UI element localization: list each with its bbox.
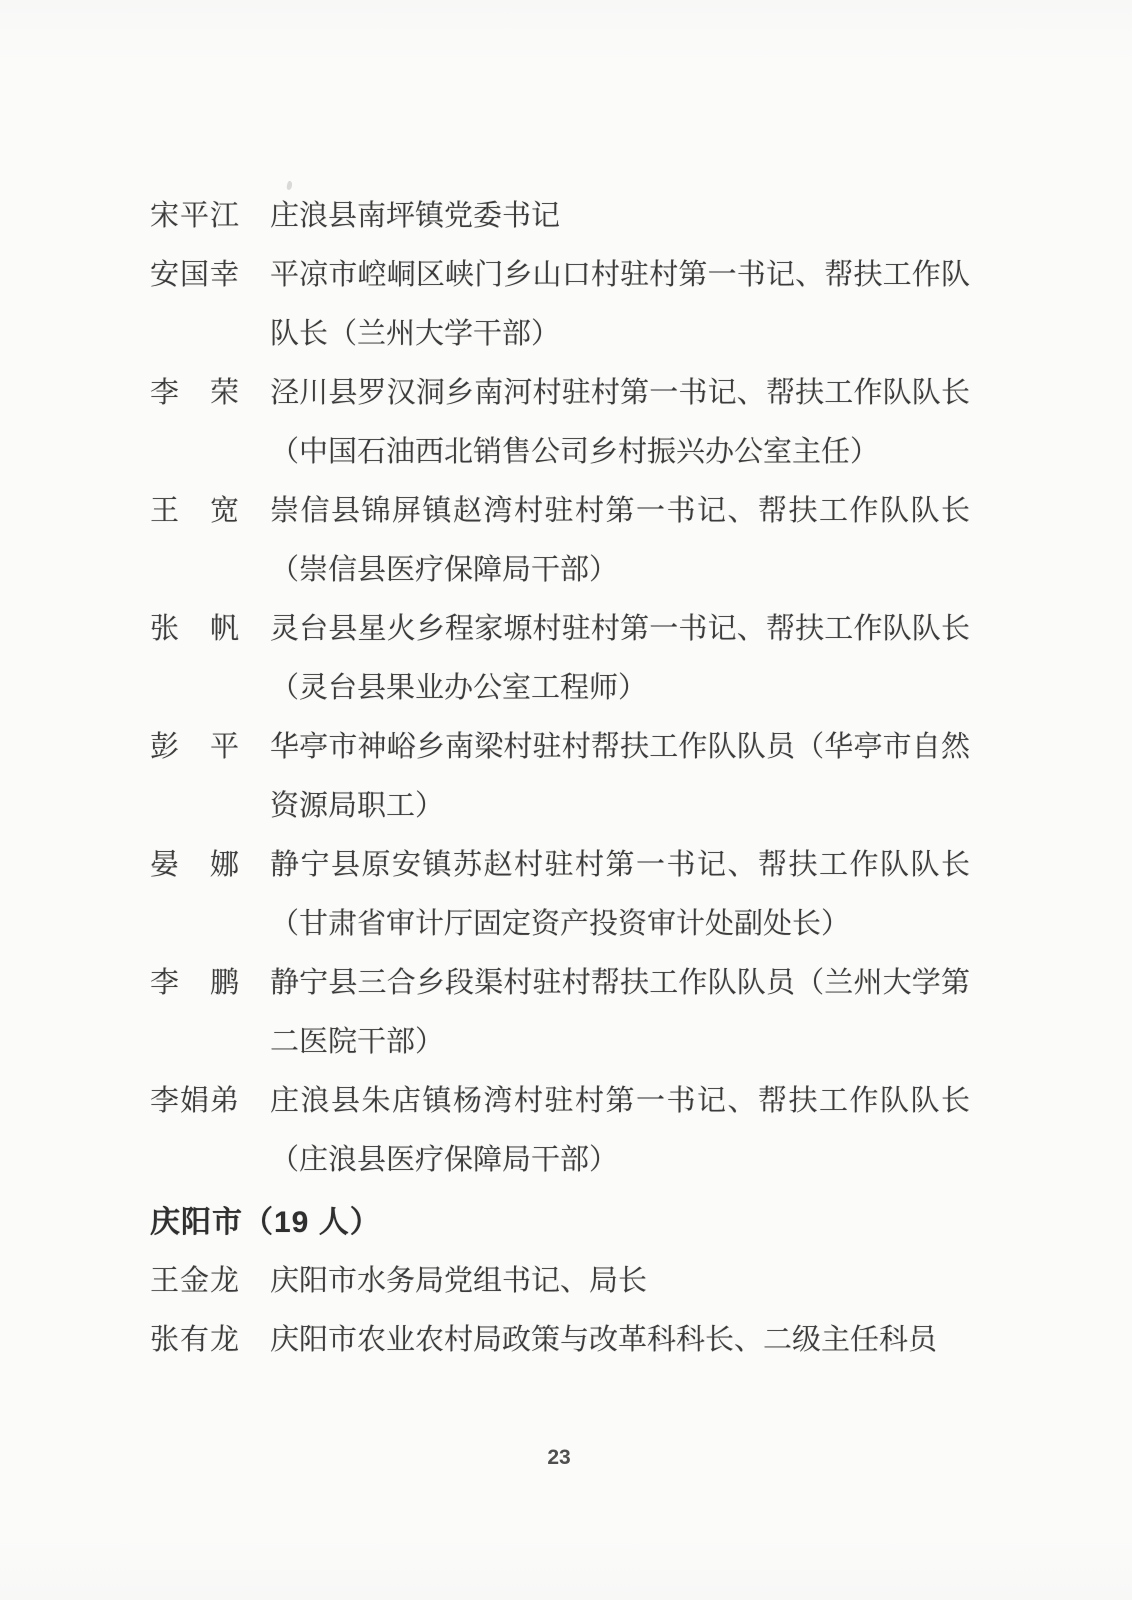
roster-entry: 王金龙 庆阳市水务局党组书记、局长 bbox=[150, 1252, 982, 1311]
person-title: 庆阳市农业农村局政策与改革科科长、二级主任科员 bbox=[270, 1311, 970, 1370]
person-title-line-1: 灵台县星火乡程家塬村驻村第一书记、帮扶工作队队长 bbox=[270, 600, 970, 659]
person-title-line-2: （中国石油西北销售公司乡村振兴办公室主任） bbox=[270, 423, 970, 482]
person-title-line-1: 泾川县罗汉洞乡南河村驻村第一书记、帮扶工作队队长 bbox=[270, 364, 970, 423]
roster-entry: 彭 平 华亭市神峪乡南梁村驻村帮扶工作队队员（华亭市自然 资源局职工） bbox=[150, 718, 982, 836]
section-heading-qingyang: 庆阳市（19 人） bbox=[150, 1193, 982, 1252]
person-title-line-1: 平凉市崆峒区峡门乡山口村驻村第一书记、帮扶工作队 bbox=[270, 246, 970, 305]
person-name: 彭 平 bbox=[150, 718, 250, 777]
person-title-line-2: （灵台县果业办公室工程师） bbox=[270, 659, 970, 718]
roster-entry: 晏 娜 静宁县原安镇苏赵村驻村第一书记、帮扶工作队队长 （甘肃省审计厅固定资产投… bbox=[150, 836, 982, 954]
person-name: 晏 娜 bbox=[150, 836, 250, 895]
person-title-line-1: 华亭市神峪乡南梁村驻村帮扶工作队队员（华亭市自然 bbox=[270, 718, 970, 777]
person-title: 静宁县三合乡段渠村驻村帮扶工作队队员（兰州大学第 二医院干部） bbox=[270, 954, 970, 1072]
person-title-line-1: 静宁县原安镇苏赵村驻村第一书记、帮扶工作队队长 bbox=[270, 836, 970, 895]
person-title: 灵台县星火乡程家塬村驻村第一书记、帮扶工作队队长 （灵台县果业办公室工程师） bbox=[270, 600, 970, 718]
document-body: 宋平江 庄浪县南坪镇党委书记 安国幸 平凉市崆峒区峡门乡山口村驻村第一书记、帮扶… bbox=[150, 187, 982, 1370]
person-name: 王金龙 bbox=[150, 1252, 250, 1311]
person-title-line-2: 资源局职工） bbox=[270, 777, 970, 836]
person-title-line-1: 庆阳市农业农村局政策与改革科科长、二级主任科员 bbox=[270, 1311, 970, 1370]
person-title: 庄浪县朱店镇杨湾村驻村第一书记、帮扶工作队队长 （庄浪县医疗保障局干部） bbox=[270, 1072, 970, 1190]
person-title: 崇信县锦屏镇赵湾村驻村第一书记、帮扶工作队队长 （崇信县医疗保障局干部） bbox=[270, 482, 970, 600]
roster-entry: 张 帆 灵台县星火乡程家塬村驻村第一书记、帮扶工作队队长 （灵台县果业办公室工程… bbox=[150, 600, 982, 718]
person-name: 李 鹏 bbox=[150, 954, 250, 1013]
person-title-line-1: 庆阳市水务局党组书记、局长 bbox=[270, 1252, 970, 1311]
person-title-line-2: （庄浪县医疗保障局干部） bbox=[270, 1131, 970, 1190]
roster-entry: 安国幸 平凉市崆峒区峡门乡山口村驻村第一书记、帮扶工作队 队长（兰州大学干部） bbox=[150, 246, 982, 364]
person-name: 宋平江 bbox=[150, 187, 250, 246]
person-title: 静宁县原安镇苏赵村驻村第一书记、帮扶工作队队长 （甘肃省审计厅固定资产投资审计处… bbox=[270, 836, 970, 954]
person-name: 安国幸 bbox=[150, 246, 250, 305]
person-title: 庆阳市水务局党组书记、局长 bbox=[270, 1252, 970, 1311]
person-name: 张有龙 bbox=[150, 1311, 250, 1370]
person-name: 王 宽 bbox=[150, 482, 250, 541]
person-title-line-2: 队长（兰州大学干部） bbox=[270, 305, 970, 364]
page-number: 23 bbox=[0, 1446, 1118, 1470]
scanned-page-background: 宋平江 庄浪县南坪镇党委书记 安国幸 平凉市崆峒区峡门乡山口村驻村第一书记、帮扶… bbox=[0, 0, 1132, 1600]
person-title: 平凉市崆峒区峡门乡山口村驻村第一书记、帮扶工作队 队长（兰州大学干部） bbox=[270, 246, 970, 364]
person-title: 华亭市神峪乡南梁村驻村帮扶工作队队员（华亭市自然 资源局职工） bbox=[270, 718, 970, 836]
roster-entry: 张有龙 庆阳市农业农村局政策与改革科科长、二级主任科员 bbox=[150, 1311, 982, 1370]
person-title-line-1: 崇信县锦屏镇赵湾村驻村第一书记、帮扶工作队队长 bbox=[270, 482, 970, 541]
person-title: 泾川县罗汉洞乡南河村驻村第一书记、帮扶工作队队长 （中国石油西北销售公司乡村振兴… bbox=[270, 364, 970, 482]
person-title-line-2: （崇信县医疗保障局干部） bbox=[270, 541, 970, 600]
roster-entry: 李 鹏 静宁县三合乡段渠村驻村帮扶工作队队员（兰州大学第 二医院干部） bbox=[150, 954, 982, 1072]
person-title-line-2: （甘肃省审计厅固定资产投资审计处副处长） bbox=[270, 895, 970, 954]
roster-entry: 李娟弟 庄浪县朱店镇杨湾村驻村第一书记、帮扶工作队队长 （庄浪县医疗保障局干部） bbox=[150, 1072, 982, 1190]
person-title-line-1: 静宁县三合乡段渠村驻村帮扶工作队队员（兰州大学第 bbox=[270, 954, 970, 1013]
person-title-line-1: 庄浪县朱店镇杨湾村驻村第一书记、帮扶工作队队长 bbox=[270, 1072, 970, 1131]
person-name: 李 荣 bbox=[150, 364, 250, 423]
roster-entry: 王 宽 崇信县锦屏镇赵湾村驻村第一书记、帮扶工作队队长 （崇信县医疗保障局干部） bbox=[150, 482, 982, 600]
person-name: 张 帆 bbox=[150, 600, 250, 659]
person-title: 庄浪县南坪镇党委书记 bbox=[270, 187, 970, 246]
person-title-line-2: 二医院干部） bbox=[270, 1013, 970, 1072]
person-title-line-1: 庄浪县南坪镇党委书记 bbox=[270, 187, 970, 246]
person-name: 李娟弟 bbox=[150, 1072, 250, 1131]
roster-entry: 李 荣 泾川县罗汉洞乡南河村驻村第一书记、帮扶工作队队长 （中国石油西北销售公司… bbox=[150, 364, 982, 482]
roster-entry: 宋平江 庄浪县南坪镇党委书记 bbox=[150, 187, 982, 246]
